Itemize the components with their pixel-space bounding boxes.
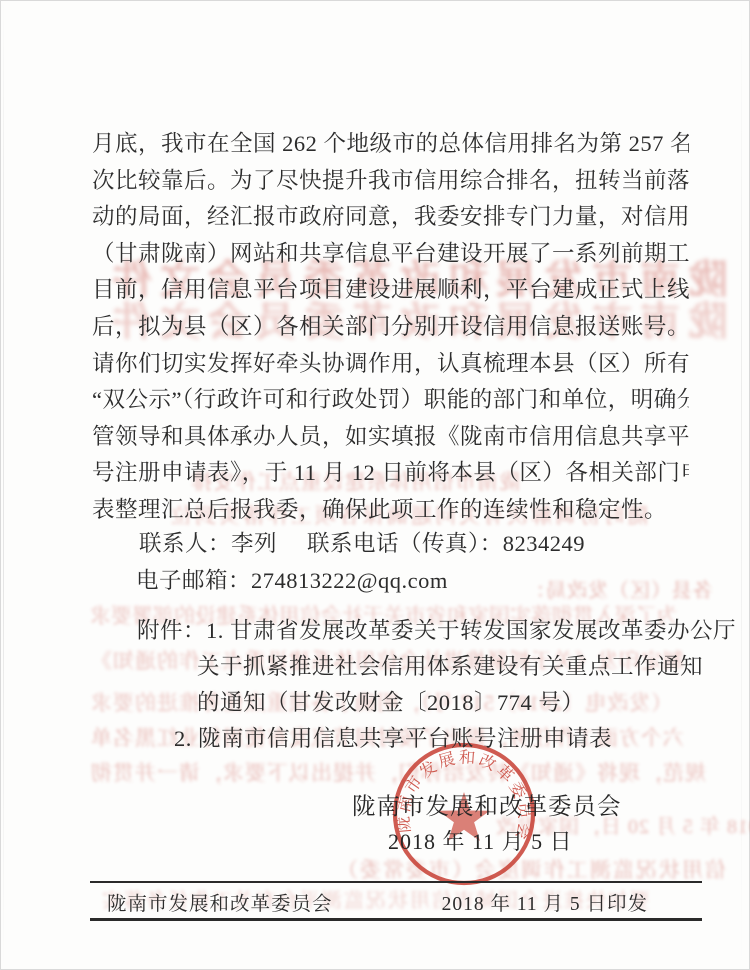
footer-divider-top <box>90 881 702 883</box>
footer-issuer: 陇南市发展和改革委员会 <box>107 888 333 916</box>
attachment-line-4: 2. 陇南市信用信息共享平台账号注册申请表 <box>174 724 612 754</box>
contact-email-line: 电子邮箱：274813222@qq.com <box>136 566 448 596</box>
attachment-line-3: 的通知（甘发改财金〔2018〕774 号） <box>197 688 584 718</box>
contact-phone-label: 联系电话（传真）： <box>307 531 503 556</box>
body-line: 动的局面，经汇报市政府同意，我委安排专门力量，对信用中国 <box>92 199 689 236</box>
body-line: “双公示”（行政许可和行政处罚）职能的部门和单位，明确分 <box>92 382 689 419</box>
body-line: 号注册申请表》，于 11 月 12 日前将本县（区）各相关部门申请 <box>92 455 689 492</box>
body-line: 月底，我市在全国 262 个地级市的总体信用排名为第 257 名，位 <box>92 126 689 163</box>
body-line: 管领导和具体承办人员，如实填报《陇南市信用信息共享平台账 <box>92 419 689 456</box>
contact-phone-line: 联系电话（传真）：8234249 <box>307 529 585 559</box>
attachment-line-2: 关于抓紧推进社会信用体系建设有关重点工作通知 <box>197 652 703 682</box>
footer-divider-bottom <box>90 918 702 921</box>
footer-print-date: 2018 年 11 月 5 日印发 <box>442 888 648 916</box>
signature-date: 2018 年 11 月 5 日 <box>388 825 548 856</box>
contact-email-label: 电子邮箱： <box>136 568 251 593</box>
contact-phone-value: 8234249 <box>503 531 585 556</box>
body-paragraph: 月底，我市在全国 262 个地级市的总体信用排名为第 257 名，位 次比较靠后… <box>92 126 689 529</box>
contact-person-line: 联系人：李列 <box>139 529 277 559</box>
bleed-through-text: 各县（区）发改局： <box>524 574 713 603</box>
body-line: 次比较靠后。为了尽快提升我市信用综合排名，扭转当前落后被 <box>92 163 689 200</box>
contact-person-value: 李列 <box>231 531 277 556</box>
body-line: 目前，信用信息平台项目建设进展顺利，平台建成正式上线运行 <box>92 272 689 309</box>
contact-person-label: 联系人： <box>139 531 231 556</box>
body-line: 后，拟为县（区）各相关部门分别开设信用信息报送账号。为此， <box>92 309 689 346</box>
scanned-document-page: 陇南市发展和改革委员会文件陇南市发展和改革委员会文件陇南市信用体系建设重点工作安… <box>0 0 750 970</box>
signature-org: 陇南市发展和改革委员会 <box>352 787 616 821</box>
attachment-line-1: 附件：1. 甘肃省发展改革委关于转发国家发展改革委办公厅 <box>137 616 736 646</box>
body-line: 请你们切实发挥好牵头协调作用，认真梳理本县（区）所有具有 <box>92 346 689 383</box>
body-line: （甘肃陇南）网站和共享信息平台建设开展了一系列前期工作。 <box>92 236 689 273</box>
body-line-last: 表整理汇总后报我委，确保此项工作的连续性和稳定性。 <box>92 492 689 529</box>
contact-email-value: 274813222@qq.com <box>251 568 448 593</box>
